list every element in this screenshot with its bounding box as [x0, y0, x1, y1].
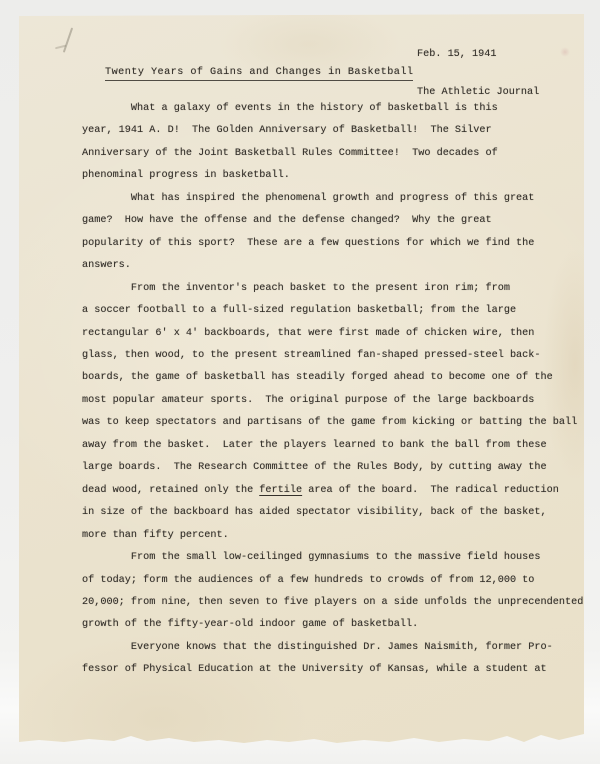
typed-line: year, 1941 A. D! The Golden Anniversary …	[82, 120, 583, 142]
typed-line: From the small low-ceilinged gymnasiums …	[82, 547, 583, 569]
typed-line: in size of the backboard has aided spect…	[82, 502, 583, 524]
typed-line: popularity of this sport? These are a fe…	[82, 233, 583, 255]
scan-background: Feb. 15, 1941 The Athletic Journal Twent…	[0, 0, 600, 764]
typed-line: a soccer football to a full-sized regula…	[82, 300, 583, 322]
typed-line: phenominal progress in basketball.	[82, 165, 583, 187]
typed-line: boards, the game of basketball has stead…	[82, 367, 583, 389]
document-body: What a galaxy of events in the history o…	[82, 98, 583, 682]
typed-line: rectangular 6' x 4' backboards, that wer…	[82, 323, 583, 345]
typed-line: What a galaxy of events in the history o…	[82, 98, 583, 120]
line-text: dead wood, retained only the	[82, 485, 259, 496]
typed-line: game? How have the offense and the defen…	[82, 210, 583, 232]
typed-line-with-underline: dead wood, retained only the fertile are…	[82, 480, 583, 502]
line-text: area of the board. The radical reduction	[302, 485, 559, 496]
underlined-word: fertile	[259, 485, 302, 496]
typed-line: fessor of Physical Education at the Univ…	[82, 659, 583, 681]
typed-line: large boards. The Research Committee of …	[82, 457, 583, 479]
typed-line: Everyone knows that the distinguished Dr…	[82, 637, 583, 659]
header-date: Feb. 15, 1941	[417, 49, 539, 62]
typed-line: was to keep spectators and partisans of …	[82, 412, 583, 434]
typed-line: of today; form the audiences of a few hu…	[82, 570, 583, 592]
typed-line: more than fifty percent.	[82, 525, 583, 547]
typed-line: growth of the fifty-year-old indoor game…	[82, 614, 583, 636]
pencil-stroke	[63, 27, 73, 52]
typed-line: away from the basket. Later the players …	[82, 435, 583, 457]
typed-line: answers.	[82, 255, 583, 277]
pencil-mark	[53, 24, 87, 62]
typed-line: glass, then wood, to the present streaml…	[82, 345, 583, 367]
typed-line: From the inventor's peach basket to the …	[82, 278, 583, 300]
typed-line: 20,000; from nine, then seven to five pl…	[82, 592, 583, 614]
typed-line: most popular amateur sports. The origina…	[82, 390, 583, 412]
document-title: Twenty Years of Gains and Changes in Bas…	[105, 67, 413, 81]
document-paper: Feb. 15, 1941 The Athletic Journal Twent…	[19, 14, 584, 743]
typed-line: Anniversary of the Joint Basketball Rule…	[82, 143, 583, 165]
typed-line: What has inspired the phenomenal growth …	[82, 188, 583, 210]
